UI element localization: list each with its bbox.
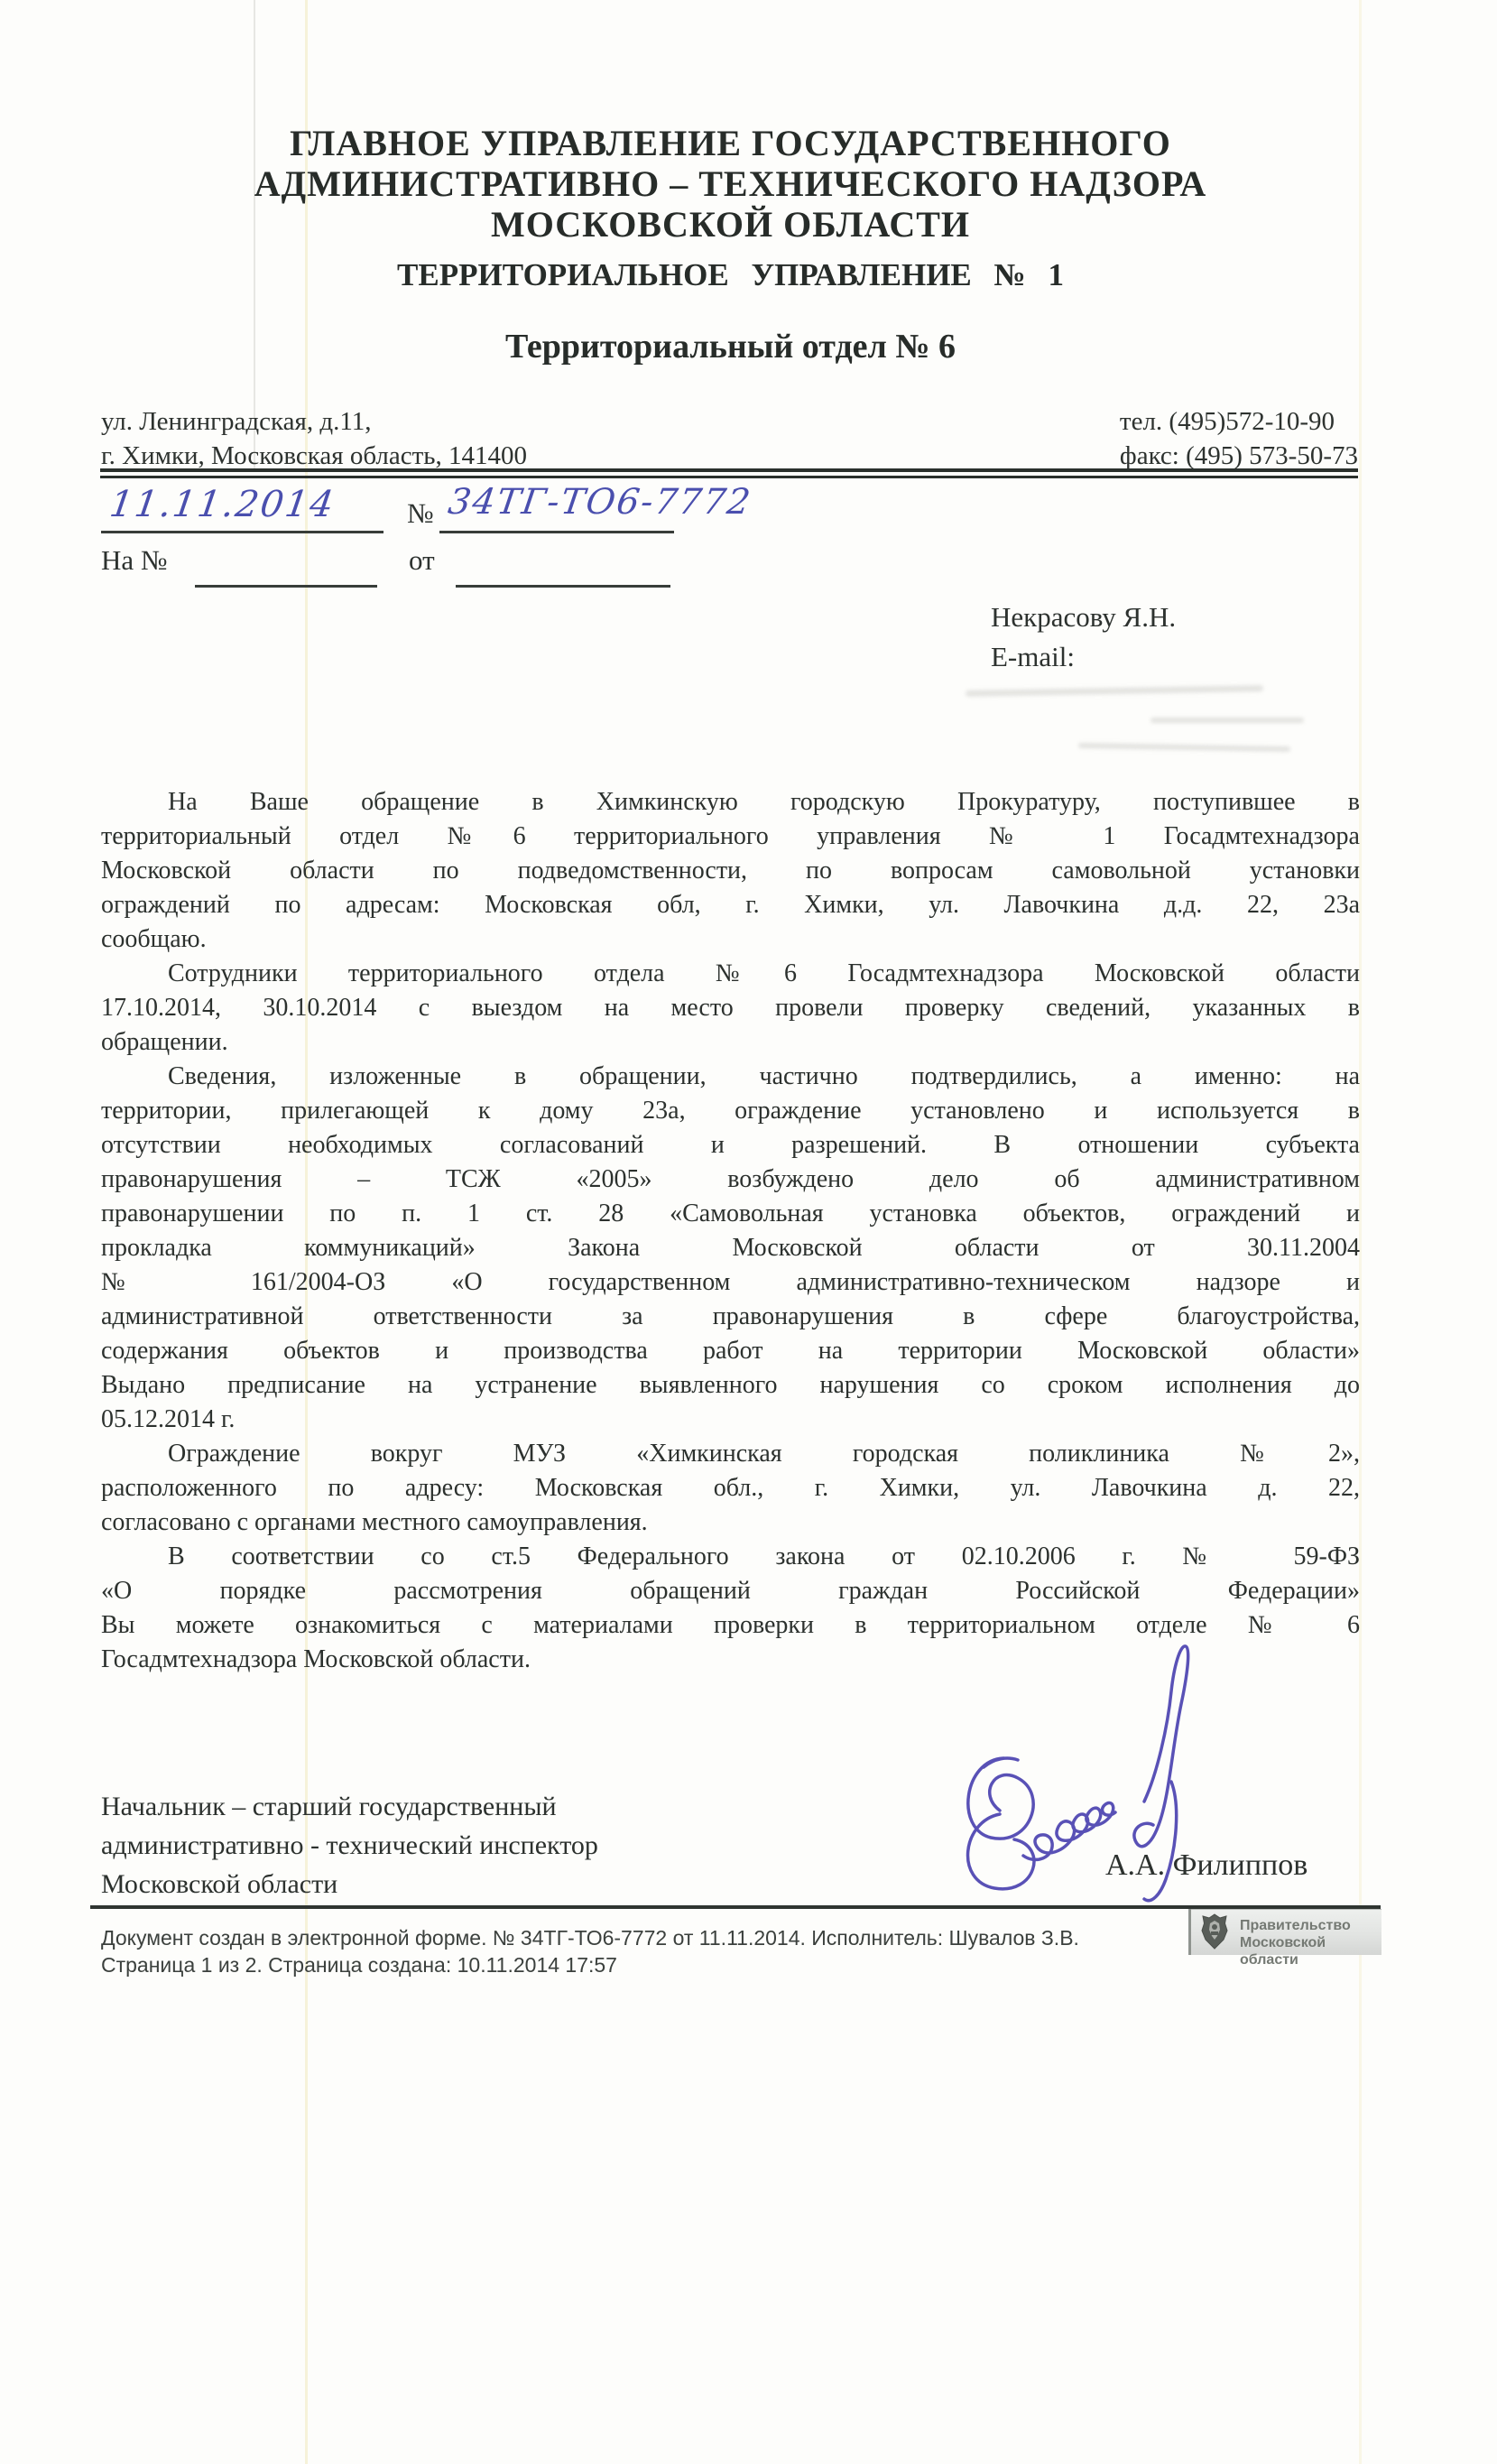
outgoing-date-handwritten: 11.11.2014 <box>107 484 337 525</box>
redaction-smudge <box>1150 718 1304 723</box>
body-line: правонарушения – ТСЖ «2005» возбуждено д… <box>101 1163 1360 1197</box>
moscow-oblast-emblem-icon <box>1201 1913 1228 1950</box>
body-line: «О порядке рассмотрения обращений гражда… <box>101 1574 1360 1608</box>
body-line: ограждений по адресам: Московская обл, г… <box>101 888 1360 922</box>
letter-header: ГЛАВНОЕ УПРАВЛЕНИЕ ГОСУДАРСТВЕННОГО АДМИ… <box>101 123 1360 366</box>
sender-address: ул. Ленинградская, д.11, г. Химки, Моско… <box>101 404 527 473</box>
body-line: территории, прилегающей к дому 23а, огра… <box>101 1094 1360 1128</box>
body-line: 05.12.2014 г. <box>101 1403 1360 1437</box>
address-line1: ул. Ленинградская, д.11, <box>101 404 527 439</box>
government-logo-line2: Московской области <box>1240 1934 1381 1968</box>
government-logo-line1: Правительство <box>1240 1917 1381 1934</box>
signature-position-line2: административно - технический инспектор <box>101 1826 598 1865</box>
recipient-block: Некрасову Я.Н. E-mail: <box>991 597 1176 677</box>
scanned-letter-page: ГЛАВНОЕ УПРАВЛЕНИЕ ГОСУДАРСТВЕННОГО АДМИ… <box>0 0 1497 2464</box>
body-line: прокладка коммуникаций» Закона Московско… <box>101 1231 1360 1265</box>
letter-body: На Ваше обращение в Химкинскую городскую… <box>101 785 1360 1677</box>
signer-name: А.А. Филиппов <box>1105 1848 1308 1883</box>
body-line: расположенного по адресу: Московская обл… <box>101 1471 1360 1505</box>
body-line: территориальный отдел №6 территориальног… <box>101 820 1360 854</box>
reply-to-label: На № <box>101 544 167 577</box>
body-line: согласовано с органами местного самоупра… <box>101 1505 1360 1540</box>
signature-position-block: Начальник – старший государственный адми… <box>101 1787 598 1904</box>
letterhead-divider-rule <box>100 468 1358 478</box>
body-line: Сотрудники территориального отдела №6 Го… <box>101 957 1360 991</box>
org-name-line1: ГЛАВНОЕ УПРАВЛЕНИЕ ГОСУДАРСТВЕННОГО <box>101 123 1360 163</box>
footer-rule <box>90 1905 1381 1909</box>
body-line: № 161/2004-ОЗ «О государственном админис… <box>101 1265 1360 1300</box>
government-logo-text: Правительство Московской области <box>1240 1917 1381 1968</box>
phone-number: тел. (495)572-10-90 <box>1120 404 1358 439</box>
sender-phones: тел. (495)572-10-90 факс: (495) 573-50-7… <box>1120 404 1358 473</box>
body-line: 17.10.2014, 30.10.2014 с выездом на мест… <box>101 991 1360 1025</box>
body-line: Выдано предписание на устранение выявлен… <box>101 1368 1360 1403</box>
recipient-name: Некрасову Я.Н. <box>991 597 1176 637</box>
body-line: На Ваше обращение в Химкинскую городскую… <box>101 785 1360 820</box>
from-label: от <box>409 544 435 577</box>
body-line: сообщаю. <box>101 922 1360 957</box>
body-line: В соответствии со ст.5 Федерального зако… <box>101 1540 1360 1574</box>
territorial-department-title: Территориальный отдел № 6 <box>101 328 1360 366</box>
body-line: правонарушении по п. 1 ст. 28 «Самовольн… <box>101 1197 1360 1231</box>
body-line: обращении. <box>101 1025 1360 1060</box>
redaction-smudge <box>966 685 1263 697</box>
body-line: отсутствии необходимых согласований и ра… <box>101 1128 1360 1163</box>
body-line: содержания объектов и производства работ… <box>101 1334 1360 1368</box>
government-logo-band: Правительство Московской области <box>1188 1909 1381 1955</box>
org-name-line3: МОСКОВСКОЙ ОБЛАСТИ <box>101 204 1360 245</box>
org-name-line2: АДМИНИСТРАТИВНО – ТЕХНИЧЕСКОГО НАДЗОРА <box>101 163 1360 204</box>
number-label: № <box>407 497 434 530</box>
redaction-smudge <box>1078 743 1290 752</box>
email-label: E-mail: <box>991 637 1176 677</box>
from-date-underline <box>456 585 670 588</box>
territorial-administration-title: ТЕРРИТОРИАЛЬНОЕ УПРАВЛЕНИЕ № 1 <box>101 257 1360 293</box>
signature-position-line3: Московской области <box>101 1865 598 1904</box>
reply-number-underline <box>195 585 377 588</box>
signature-position-line1: Начальник – старший государственный <box>101 1787 598 1826</box>
body-line: административной ответственности за прав… <box>101 1300 1360 1334</box>
body-line: Московской области по подведомственности… <box>101 854 1360 888</box>
date-underline <box>101 531 383 533</box>
footer-note-line1: Документ создан в электронной форме. № 3… <box>101 1924 1079 1951</box>
body-line: Ограждение вокруг МУЗ «Химкинская городс… <box>101 1437 1360 1471</box>
body-line: Сведения, изложенные в обращении, частич… <box>101 1060 1360 1094</box>
footer-note: Документ создан в электронной форме. № 3… <box>101 1924 1079 1978</box>
footer-note-line2: Страница 1 из 2. Страница создана: 10.11… <box>101 1951 1079 1978</box>
number-underline <box>439 531 674 533</box>
outgoing-number-handwritten: 34ТГ-ТО6-7772 <box>446 482 754 523</box>
